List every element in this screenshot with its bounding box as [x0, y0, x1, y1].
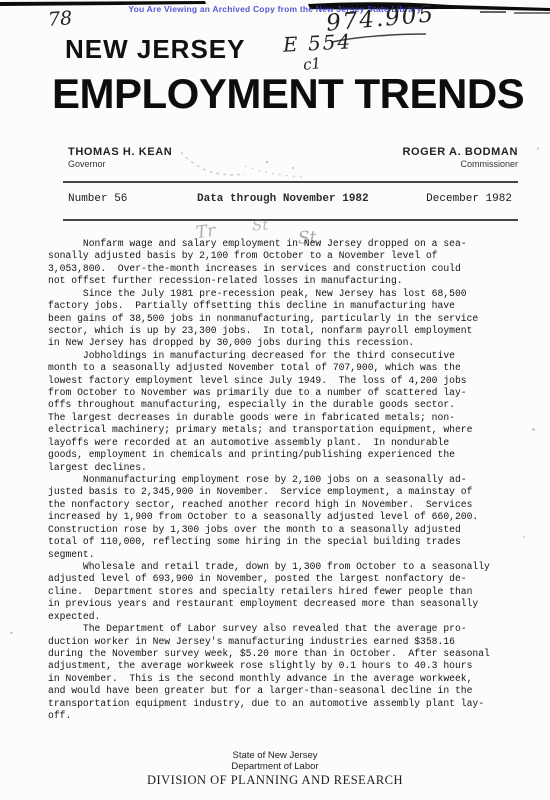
stamp-fragment: St	[251, 215, 269, 234]
scan-speck	[523, 536, 525, 538]
body-paragraph: Nonfarm wage and salary employment in Ne…	[48, 238, 538, 288]
issue-coverage: Data through November 1982	[197, 193, 369, 205]
document-page: You Are Viewing an Archived Copy from th…	[0, 0, 550, 800]
issue-number: Number 56	[68, 193, 127, 205]
commissioner-title: Commissioner	[402, 159, 518, 169]
body-paragraph: Wholesale and retail trade, down by 1,30…	[48, 561, 538, 623]
footer-department-line: Department of Labor	[0, 761, 550, 772]
body-paragraph: Since the July 1981 pre-recession peak, …	[48, 288, 538, 350]
body-paragraph: Nonmanufacturing employment rose by 2,10…	[48, 474, 538, 561]
governor-name: THOMAS H. KEAN	[68, 146, 172, 158]
handwritten-page-number: 78	[47, 7, 73, 31]
masthead-title: EMPLOYMENT TRENDS	[52, 70, 524, 118]
masthead-state: NEW JERSEY	[65, 34, 246, 65]
footer-block: State of New Jersey Department of Labor …	[0, 750, 550, 788]
body-paragraph: The Department of Labor survey also reve…	[48, 623, 538, 722]
stamp-smudge-marks	[175, 146, 325, 182]
footer-division-line: DIVISION OF PLANNING AND RESEARCH	[0, 773, 550, 788]
commissioner-name: ROGER A. BODMAN	[402, 146, 518, 158]
archive-banner-text: You Are Viewing an Archived Copy from th…	[0, 4, 550, 14]
article-body: Nonfarm wage and salary employment in Ne…	[48, 238, 538, 722]
scan-speck	[10, 632, 13, 634]
header-rule-bottom	[63, 219, 518, 221]
issue-date: December 1982	[426, 193, 512, 205]
footer-state-line: State of New Jersey	[0, 750, 550, 761]
scan-speck	[537, 147, 539, 150]
handwritten-call-line2: E 554	[282, 29, 352, 57]
governor-title: Governor	[68, 159, 172, 169]
governor-block: THOMAS H. KEAN Governor	[68, 146, 172, 169]
header-rule-top	[63, 181, 518, 183]
scan-speck	[532, 428, 535, 431]
body-paragraph: Jobholdings in manufacturing decreased f…	[48, 350, 538, 474]
commissioner-block: ROGER A. BODMAN Commissioner	[402, 146, 518, 169]
